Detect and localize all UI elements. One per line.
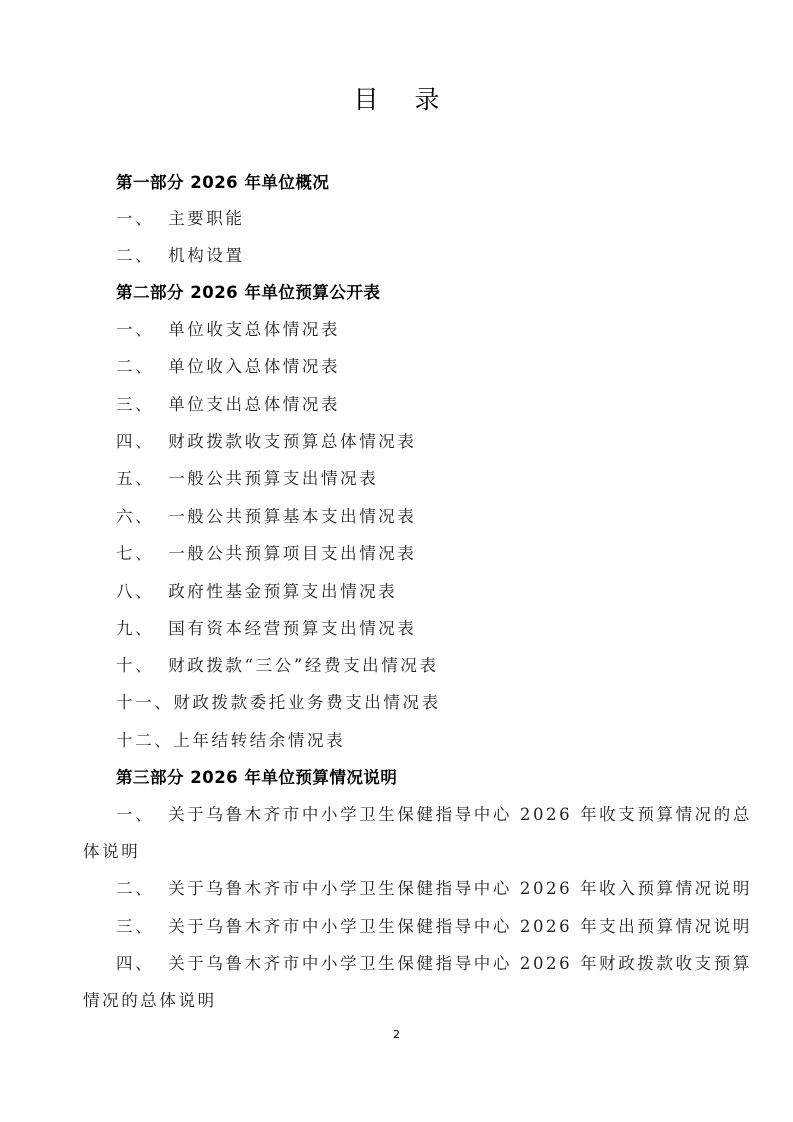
- toc-item-label: 一般公共预算支出情况表: [168, 469, 378, 488]
- toc-item-label: 关于乌鲁木齐市中小学卫生保健指导中心 2026 年收支预算情况的总: [168, 805, 752, 824]
- toc-item-label: 关于乌鲁木齐市中小学卫生保健指导中心 2026 年收入预算情况说明: [168, 879, 752, 898]
- toc-item[interactable]: 二、关于乌鲁木齐市中小学卫生保健指导中心 2026 年收入预算情况说明: [116, 875, 752, 899]
- toc-item[interactable]: 三、关于乌鲁木齐市中小学卫生保健指导中心 2026 年支出预算情况说明: [116, 913, 752, 937]
- toc-item-label: 上年结转结余情况表: [173, 731, 345, 750]
- toc-item-number: 十一、: [116, 689, 173, 713]
- toc-item-label: 财政拨款“三公”经费支出情况表: [168, 656, 438, 675]
- toc-item-number: 四、: [116, 950, 154, 974]
- toc-item-label: 一般公共预算基本支出情况表: [168, 507, 416, 526]
- toc-item-number: 十二、: [116, 727, 173, 751]
- toc-item[interactable]: 五、一般公共预算支出情况表: [116, 465, 378, 489]
- toc-item[interactable]: 八、政府性基金预算支出情况表: [116, 578, 397, 602]
- toc-item[interactable]: 十、财政拨款“三公”经费支出情况表: [116, 652, 439, 676]
- toc-item-label: 单位支出总体情况表: [168, 395, 340, 414]
- toc-item-number: 三、: [116, 391, 154, 415]
- toc-item[interactable]: 二、机构设置: [116, 242, 245, 266]
- toc-item-number: 二、: [116, 353, 154, 377]
- toc-item-number: 七、: [116, 540, 154, 564]
- toc-item[interactable]: 一、关于乌鲁木齐市中小学卫生保健指导中心 2026 年收支预算情况的总: [116, 801, 752, 825]
- toc-item-number: 一、: [116, 801, 154, 825]
- toc-item-label: 国有资本经营预算支出情况表: [168, 619, 416, 638]
- toc-item-label: 关于乌鲁木齐市中小学卫生保健指导中心 2026 年财政拨款收支预算: [168, 954, 752, 973]
- toc-item[interactable]: 六、一般公共预算基本支出情况表: [116, 503, 417, 527]
- toc-item-number: 十、: [116, 652, 154, 676]
- toc-part-1-heading[interactable]: 第一部分 2026 年单位概况: [116, 169, 329, 193]
- toc-item-label: 单位收入总体情况表: [168, 357, 340, 376]
- toc-item[interactable]: 十二、上年结转结余情况表: [116, 727, 345, 751]
- toc-item[interactable]: 三、单位支出总体情况表: [116, 391, 340, 415]
- toc-item-number: 三、: [116, 913, 154, 937]
- toc-item[interactable]: 一、单位收支总体情况表: [116, 316, 340, 340]
- toc-item[interactable]: 四、关于乌鲁木齐市中小学卫生保健指导中心 2026 年财政拨款收支预算: [116, 950, 752, 974]
- toc-item-label: 单位收支总体情况表: [168, 320, 340, 339]
- toc-item-label: 主要职能: [168, 209, 244, 228]
- page-title: 目 录: [0, 80, 793, 116]
- toc-item-number: 八、: [116, 578, 154, 602]
- toc-item[interactable]: 四、财政拨款收支预算总体情况表: [116, 428, 417, 452]
- toc-part-2-heading[interactable]: 第二部分 2026 年单位预算公开表: [116, 279, 380, 303]
- toc-item[interactable]: 一、主要职能: [116, 205, 245, 229]
- toc-item-label: 财政拨款收支预算总体情况表: [168, 432, 416, 451]
- toc-part-3-heading[interactable]: 第三部分 2026 年单位预算情况说明: [116, 764, 397, 788]
- toc-item-number: 二、: [116, 242, 154, 266]
- toc-item-number: 九、: [116, 615, 154, 639]
- toc-item-label: 关于乌鲁木齐市中小学卫生保健指导中心 2026 年支出预算情况说明: [168, 917, 752, 936]
- toc-item-number: 五、: [116, 465, 154, 489]
- toc-item[interactable]: 十一、财政拨款委托业务费支出情况表: [116, 689, 441, 713]
- toc-item[interactable]: 七、一般公共预算项目支出情况表: [116, 540, 417, 564]
- toc-item-number: 一、: [116, 316, 154, 340]
- toc-item[interactable]: 九、国有资本经营预算支出情况表: [116, 615, 417, 639]
- toc-item-continuation[interactable]: 情况的总体说明: [83, 987, 217, 1011]
- toc-item-number: 一、: [116, 205, 154, 229]
- page-number: 2: [0, 1028, 793, 1041]
- toc-item-number: 四、: [116, 428, 154, 452]
- toc-item[interactable]: 二、单位收入总体情况表: [116, 353, 340, 377]
- toc-item-label: 机构设置: [168, 246, 244, 265]
- toc-item-number: 二、: [116, 875, 154, 899]
- toc-item-number: 六、: [116, 503, 154, 527]
- toc-item-label: 财政拨款委托业务费支出情况表: [173, 693, 440, 712]
- toc-item-continuation[interactable]: 体说明: [83, 838, 140, 862]
- toc-item-label: 一般公共预算项目支出情况表: [168, 544, 416, 563]
- toc-item-label: 政府性基金预算支出情况表: [168, 582, 397, 601]
